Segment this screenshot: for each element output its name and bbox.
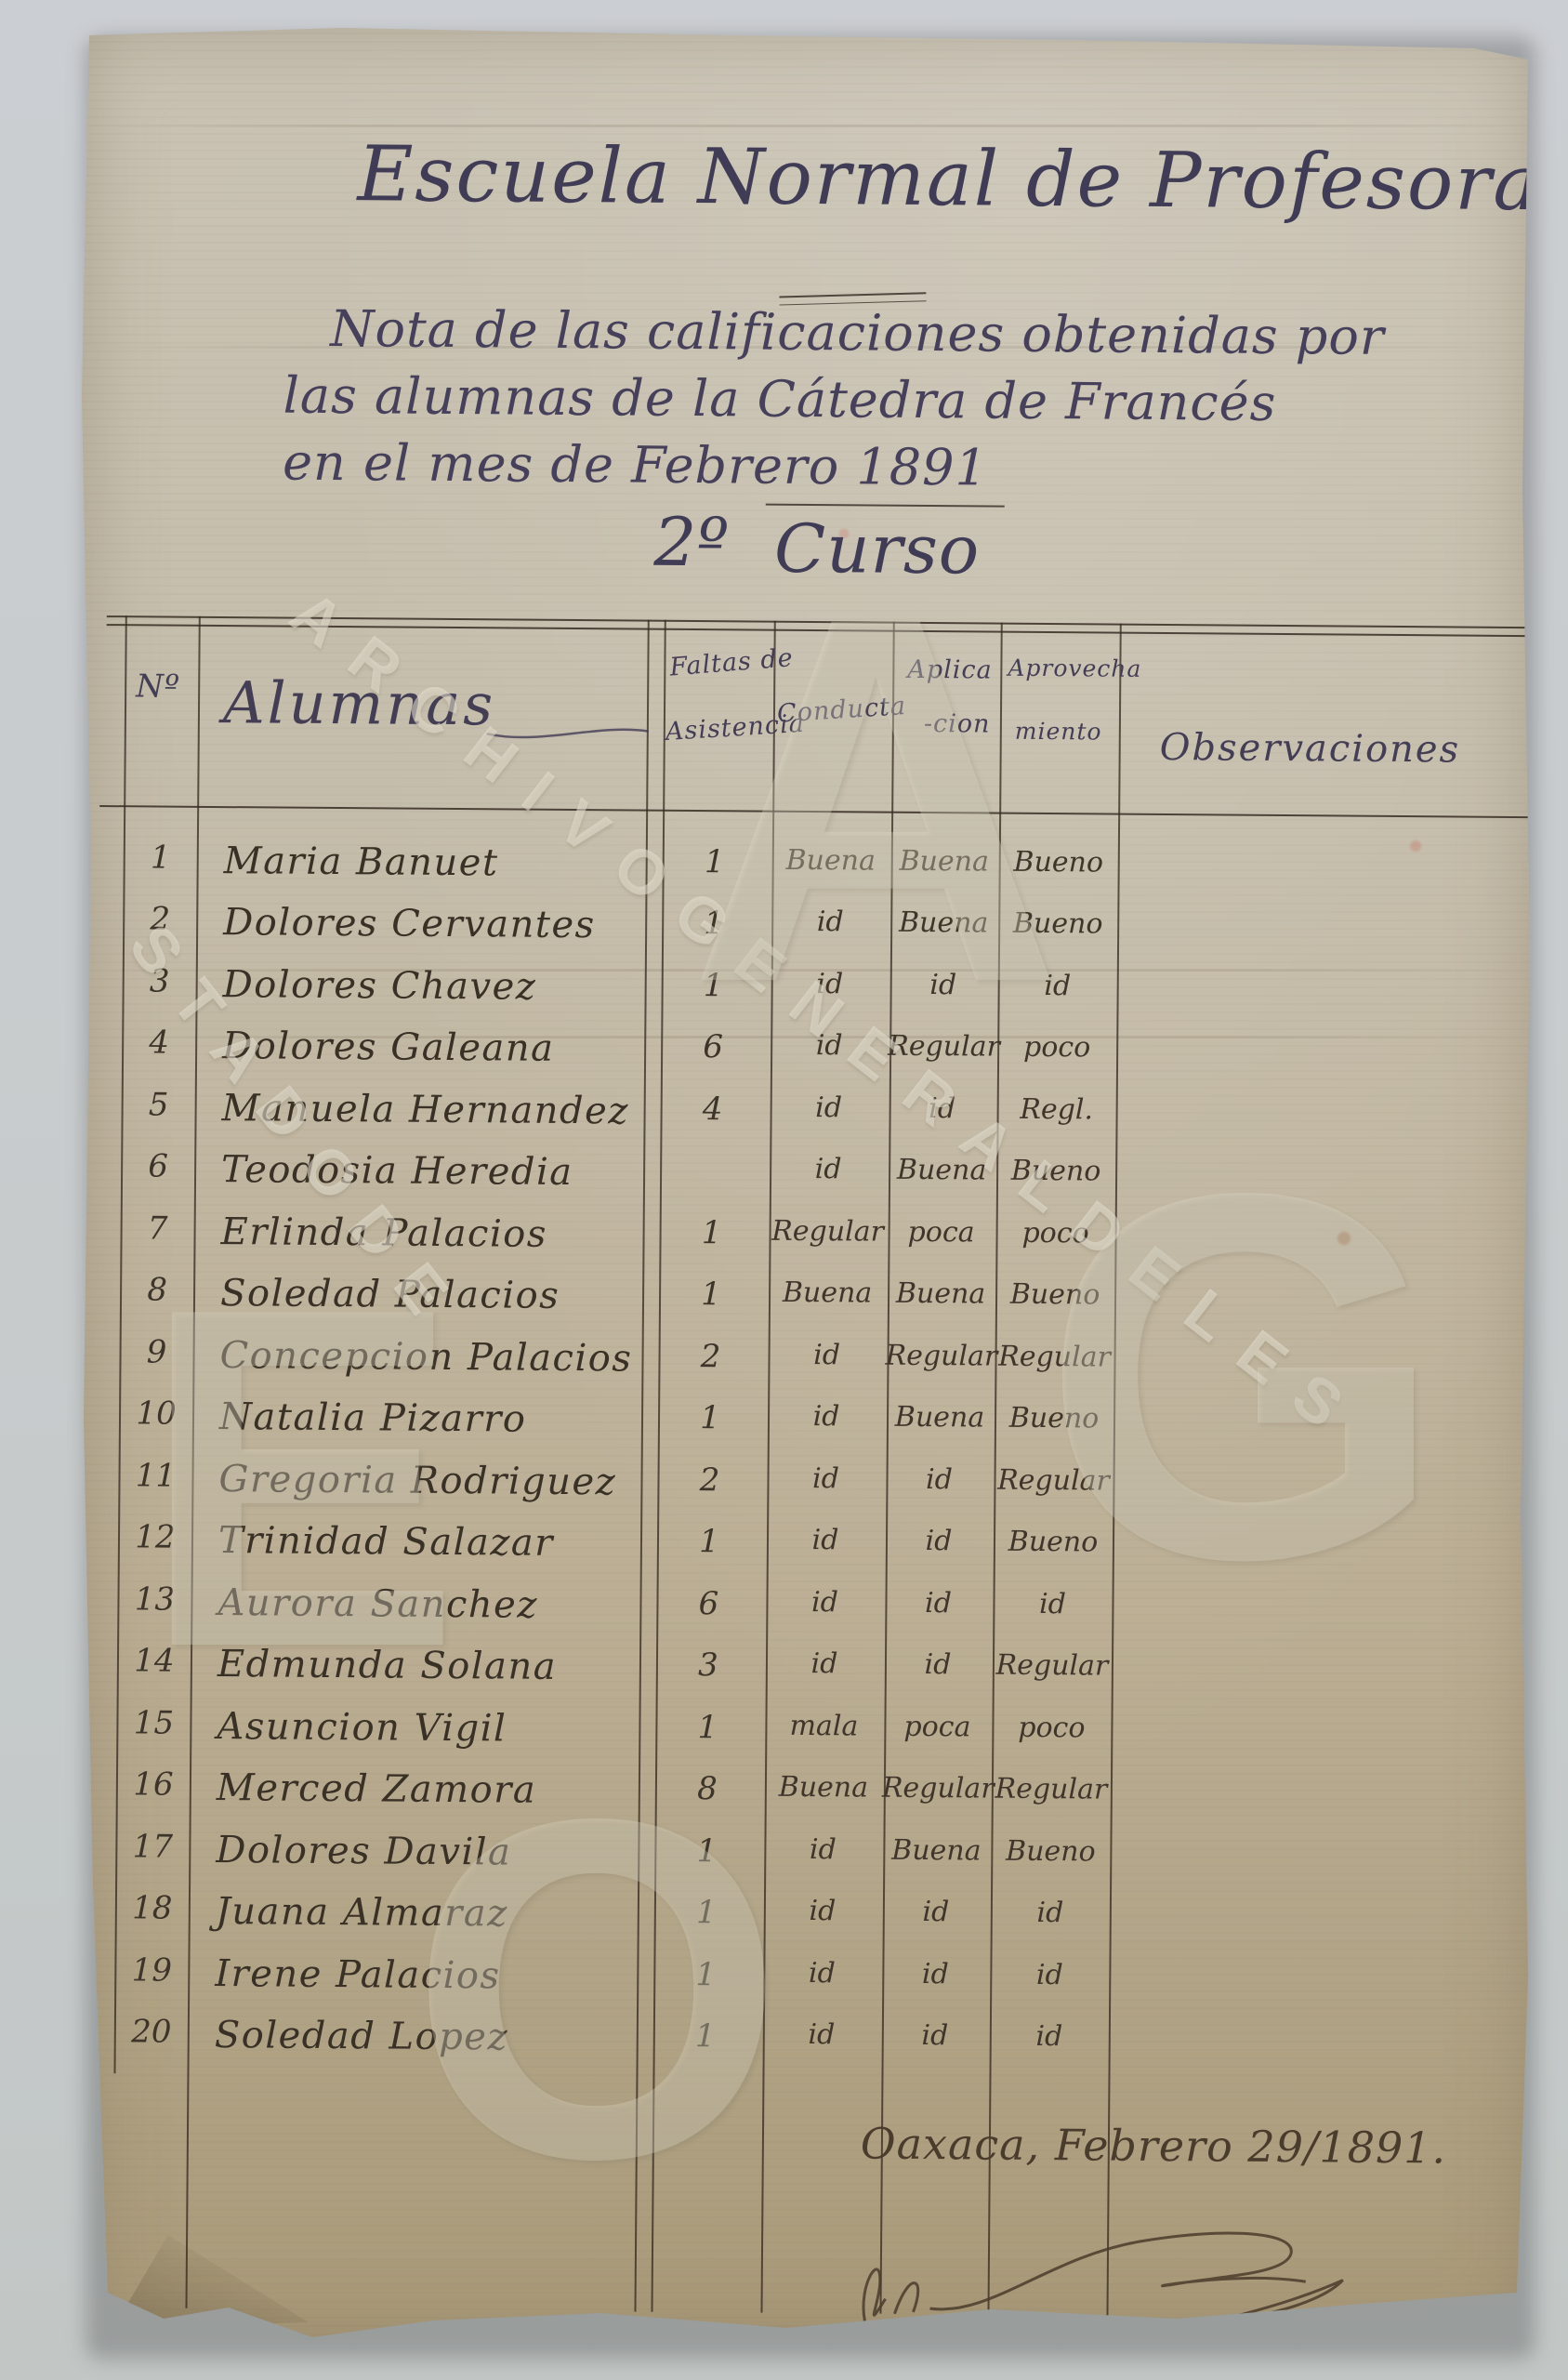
achievement-value: id — [991, 1588, 1113, 1621]
absences-value: 4 — [656, 1091, 768, 1129]
row-number: 9 — [119, 1333, 193, 1371]
course-word: Curso — [765, 504, 1005, 589]
subtitle-line-1: Nota de las calificaciones obtenidas por — [330, 299, 1385, 366]
absences-value: 1 — [651, 1894, 762, 1932]
row-number: 12 — [118, 1518, 192, 1556]
absences-value: 1 — [658, 967, 770, 1005]
student-name: Dolores Galeana — [222, 1025, 555, 1070]
table-row: 4Dolores Galeana6idRegularpoco — [81, 1012, 1536, 1086]
achievement-value: Bueno — [996, 907, 1119, 941]
table-row: 12Trinidad Salazar1ididBueno — [77, 1507, 1533, 1580]
achievement-value: Bueno — [997, 846, 1120, 879]
achievement-value: Regl. — [995, 1093, 1118, 1127]
achievement-value: Bueno — [993, 1402, 1115, 1435]
conduct-value: id — [766, 1339, 887, 1372]
achievement-value: id — [988, 1959, 1111, 1992]
conduct-value: id — [770, 906, 890, 939]
absences-value: 1 — [650, 2017, 761, 2056]
photo-background: Escuela Normal de Profesoras Nota de las… — [0, 0, 1568, 2380]
alumnas-flourish — [485, 717, 652, 746]
row-number: 8 — [120, 1271, 194, 1309]
achievement-value: Bueno — [994, 1278, 1116, 1312]
header-bottom-rule — [99, 805, 1531, 818]
header-observations: Observaciones — [1160, 726, 1461, 772]
application-value: Regular — [885, 1340, 995, 1373]
conduct-value: id — [764, 1647, 885, 1681]
application-value: id — [881, 1896, 991, 1929]
achievement-value: Regular — [990, 1773, 1113, 1806]
absences-value: 1 — [653, 1523, 765, 1561]
application-value: Buena — [887, 1154, 996, 1187]
table-row: 14Edmunda Solana3ididRegular — [76, 1631, 1532, 1704]
absences-value: 1 — [655, 1276, 767, 1314]
absences-value: 6 — [652, 1585, 764, 1623]
absences-value: 1 — [659, 843, 771, 881]
document-paper: Escuela Normal de Profesoras Nota de las… — [80, 24, 1535, 2350]
header-application-line2: -cion — [924, 709, 991, 739]
application-value: poca — [882, 1711, 992, 1744]
application-value: Buena — [889, 845, 999, 879]
application-value: id — [889, 969, 998, 1002]
absences-value: 6 — [657, 1028, 769, 1066]
table-row: 2Dolores Cervantes1idBuenaBueno — [82, 889, 1537, 962]
absences-value — [656, 1152, 768, 1153]
absences-value: 1 — [651, 1832, 762, 1871]
student-name: Juana Almaraz — [216, 1890, 508, 1935]
conduct-value: id — [761, 2018, 882, 2052]
row-number: 19 — [114, 1951, 189, 1990]
conduct-value: id — [765, 1524, 886, 1557]
header-students: Alumnas — [223, 668, 496, 738]
application-value: Buena — [889, 906, 998, 940]
application-value: id — [884, 1525, 994, 1558]
student-name: Merced Zamora — [217, 1766, 537, 1812]
achievement-value: Bueno — [989, 1835, 1112, 1869]
application-value: id — [884, 1463, 994, 1497]
student-name: Gregoria Rodriguez — [218, 1458, 616, 1503]
conduct-value: id — [769, 1091, 889, 1125]
application-value: id — [888, 1092, 997, 1126]
absences-value: 1 — [658, 905, 770, 943]
dateline: Oaxaca, Febrero 29/1891. — [861, 2119, 1447, 2174]
table-row: 16Merced Zamora8BuenaRegularRegular — [75, 1754, 1531, 1828]
course-heading: 2º Curso — [653, 503, 1005, 589]
conduct-value: id — [766, 1400, 887, 1434]
document-content: Escuela Normal de Profesoras Nota de las… — [71, 19, 1545, 2356]
application-value: id — [883, 1587, 993, 1620]
row-number: 5 — [122, 1086, 196, 1124]
absences-value: 1 — [652, 1709, 763, 1747]
subtitle-line-2: las alumnas de la Cátedra de Francés — [283, 366, 1276, 432]
application-value: Regular — [888, 1030, 997, 1064]
student-name: Erlinda Palacios — [220, 1210, 547, 1256]
conduct-value: id — [762, 1833, 883, 1867]
conduct-value: Buena — [771, 844, 891, 878]
conduct-value: Buena — [767, 1276, 888, 1310]
application-value: Buena — [885, 1401, 995, 1435]
achievement-value: id — [996, 970, 1119, 1003]
application-value: id — [883, 1648, 993, 1682]
student-name: Teodosia Heredia — [221, 1148, 573, 1194]
header-achievement-line2: miento — [1015, 718, 1102, 746]
student-name: Dolores Cervantes — [223, 901, 596, 946]
conduct-value: mala — [763, 1710, 884, 1743]
course-number: 2º — [653, 503, 730, 588]
row-number: 6 — [121, 1147, 195, 1185]
conduct-value: id — [762, 1895, 883, 1928]
header-conduct: Conducta — [776, 692, 907, 729]
achievement-value: Regular — [991, 1649, 1113, 1683]
application-value: Buena — [881, 1834, 991, 1868]
row-number: 7 — [120, 1210, 194, 1248]
student-name: Maria Banuet — [224, 840, 499, 884]
header-application-line1: Aplica — [907, 655, 993, 685]
application-value: id — [880, 2019, 990, 2053]
student-name: Soledad Lopez — [215, 2014, 509, 2058]
conduct-value: id — [770, 968, 890, 1001]
header-absences-line1: Faltas de — [668, 643, 794, 681]
subtitle-line-3: en el mes de Febrero 1891 — [283, 433, 988, 497]
application-value: Regular — [882, 1772, 992, 1805]
student-name: Aurora Sanchez — [217, 1581, 538, 1627]
application-value: id — [880, 1958, 990, 1991]
absences-value: 2 — [654, 1338, 766, 1376]
header-achievement-line1: Aprovecha — [1008, 654, 1141, 682]
absences-value: 1 — [654, 1399, 766, 1437]
absences-value: 3 — [652, 1646, 764, 1685]
table-row: 20Soledad Lopez1ididid — [73, 2002, 1529, 2075]
conduct-value: Regular — [767, 1215, 888, 1249]
row-number: 4 — [122, 1024, 196, 1062]
student-name: Edmunda Solana — [217, 1643, 558, 1688]
table-row: 6Teodosia HerediaidBuenaBueno — [80, 1136, 1535, 1210]
absences-value: 2 — [653, 1461, 765, 1500]
row-number: 15 — [116, 1704, 191, 1742]
achievement-value: id — [988, 2020, 1111, 2054]
application-value: poca — [886, 1216, 995, 1249]
absences-value: 1 — [650, 1956, 761, 1994]
row-number: 20 — [114, 2013, 189, 2051]
row-number: 2 — [123, 900, 197, 938]
absences-value: 8 — [652, 1770, 763, 1808]
document-title: Escuela Normal de Profesoras — [357, 130, 1568, 228]
row-number: 11 — [118, 1457, 192, 1495]
row-number: 18 — [115, 1889, 190, 1927]
student-name: Dolores Chavez — [223, 963, 537, 1009]
table-row: 10Natalia Pizarro1idBuenaBueno — [78, 1383, 1534, 1457]
row-number: 16 — [116, 1765, 191, 1804]
conduct-value: id — [768, 1153, 889, 1186]
row-number: 14 — [117, 1642, 191, 1680]
table-row: 18Juana Almaraz1ididid — [74, 1878, 1530, 1951]
achievement-value: Bueno — [992, 1526, 1114, 1559]
application-value: Buena — [886, 1277, 995, 1311]
header-num: Nº — [136, 668, 180, 705]
row-number: 17 — [115, 1828, 190, 1866]
conduct-value: Buena — [763, 1771, 884, 1805]
achievement-value: Regular — [992, 1464, 1114, 1498]
student-name: Asuncion Vigil — [217, 1705, 507, 1750]
row-number: 10 — [119, 1395, 193, 1433]
student-name: Concepcion Palacios — [219, 1334, 632, 1380]
student-name: Irene Palacios — [215, 1952, 501, 1997]
achievement-value: poco — [995, 1031, 1118, 1064]
achievement-value: Regular — [993, 1341, 1115, 1374]
row-number: 3 — [123, 962, 197, 1000]
achievement-value: poco — [994, 1217, 1116, 1250]
row-number: 1 — [124, 839, 198, 877]
conduct-value: id — [765, 1462, 886, 1496]
table-row: 8Soledad Palacios1BuenaBuenaBueno — [79, 1260, 1535, 1333]
row-number: 13 — [117, 1580, 191, 1619]
student-name: Dolores Davila — [216, 1829, 511, 1873]
student-name: Manuela Hernandez — [221, 1087, 629, 1132]
student-name: Soledad Palacios — [220, 1272, 560, 1317]
absences-value: 1 — [655, 1214, 767, 1252]
conduct-value: id — [764, 1586, 885, 1620]
student-name: Natalia Pizarro — [219, 1395, 527, 1441]
achievement-value: id — [989, 1897, 1112, 1930]
achievement-value: poco — [990, 1712, 1113, 1745]
student-name: Trinidad Salazar — [218, 1519, 554, 1565]
conduct-value: id — [769, 1029, 889, 1063]
conduct-value: id — [761, 1957, 882, 1990]
achievement-value: Bueno — [995, 1155, 1117, 1188]
